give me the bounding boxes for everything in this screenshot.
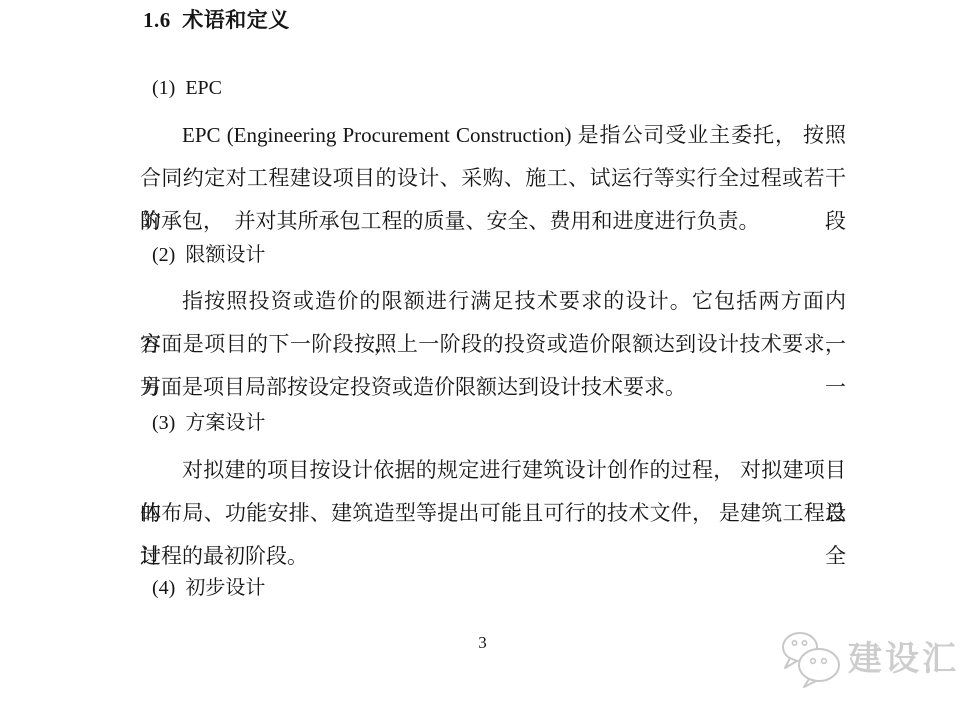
text-line: 方面是项目的下一阶段按照上一阶段的投资或造价限额达到设计技术要求， 另一: [140, 323, 846, 366]
text-line: 体布局、功能安排、建筑造型等提出可能且可行的技术文件， 是建筑工程设计全: [140, 492, 846, 535]
chat-bubbles-icon: [778, 630, 842, 688]
text-line: 对拟建的项目按设计依据的规定进行建筑设计创作的过程， 对拟建项目的总: [140, 449, 846, 492]
text-line: 指按照投资或造价的限额进行满足技术要求的设计。它包括两方面内容， 一: [140, 280, 846, 323]
brand-watermark: 建设汇: [778, 630, 959, 688]
section-3-heading: (3) 方案设计: [152, 409, 265, 437]
section-1-heading: (1) EPC: [152, 74, 222, 102]
text-line: 的承包， 并对其所承包工程的质量、安全、费用和进度进行负责。: [140, 200, 846, 243]
section-1-paragraph: EPC (Engineering Procurement Constructio…: [140, 114, 846, 243]
section-3-paragraph: 对拟建的项目按设计依据的规定进行建筑设计创作的过程， 对拟建项目的总 体布局、功…: [140, 449, 846, 578]
section-2-heading: (2) 限额设计: [152, 241, 265, 269]
page-title: 1.6 术语和定义: [143, 4, 290, 36]
text-line: EPC (Engineering Procurement Constructio…: [140, 114, 846, 157]
brand-name: 建设汇: [848, 630, 959, 688]
text-line: 合同约定对工程建设项目的设计、采购、施工、试运行等实行全过程或若干阶段: [140, 157, 846, 200]
section-4-heading: (4) 初步设计: [152, 574, 265, 602]
section-2-paragraph: 指按照投资或造价的限额进行满足技术要求的设计。它包括两方面内容， 一 方面是项目…: [140, 280, 846, 409]
